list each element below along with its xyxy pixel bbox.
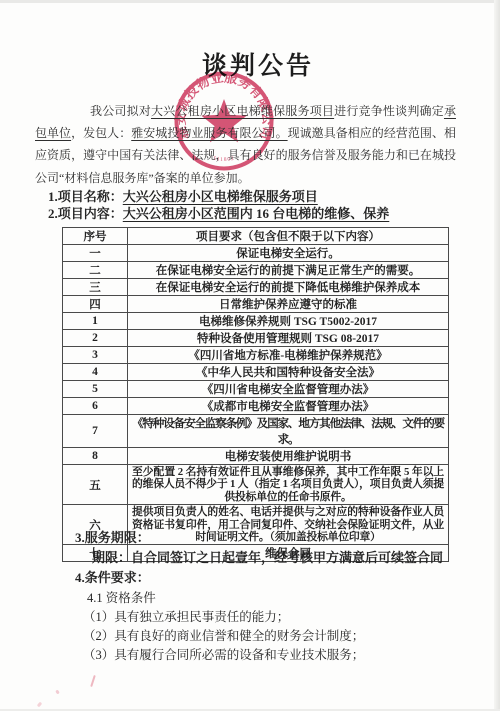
row-req: 提供项目负责人的姓名、电话并提供与之对应的特种设备作业人员资格证书复印件，用工合… bbox=[128, 505, 449, 545]
row-no: 5 bbox=[63, 381, 128, 398]
header-seq: 序号 bbox=[63, 228, 128, 245]
table-row: 5《四川省电梯安全监督管理办法》 bbox=[63, 381, 449, 398]
intro-paragraph: 我公司拟对大兴公租房小区电梯维保服务项目进行竞争性谈判确定承包单位，发包人：雅安… bbox=[35, 100, 456, 189]
service-period-heading: 3.服务期限： bbox=[75, 527, 150, 546]
table-row: 2特种设备使用管理规则 TSG 08-2017 bbox=[63, 330, 449, 347]
intro-mid: 进行竞争性谈判确定 bbox=[334, 104, 444, 118]
table-row: 7《特种设备安全监察条例》及国家、地方其他法律、法规、文件的要求。 bbox=[63, 415, 449, 448]
row-no: 6 bbox=[63, 398, 128, 415]
row-req: 在保证电梯安全运行的前提下满足正常生产的需要。 bbox=[128, 262, 449, 279]
row-req: 保证电梯安全运行。 bbox=[128, 245, 449, 262]
table-row: 二在保证电梯安全运行的前提下满足正常生产的需要。 bbox=[63, 262, 449, 279]
project-content-value: 大兴公租房小区范围内 16 台电梯的维修、保养 bbox=[123, 206, 390, 221]
table-row: 6《成都市电梯安全监督管理办法》 bbox=[63, 398, 449, 415]
project-name-label: 1.项目名称： bbox=[48, 189, 123, 204]
row-no: 五 bbox=[63, 465, 128, 505]
requirements-table: 序号 项目要求（包含但不限于以下内容） 一保证电梯安全运行。 二在保证电梯安全运… bbox=[62, 227, 449, 562]
row-no: 一 bbox=[63, 245, 128, 262]
condition-item-3: （3）具有履行合同所必需的设备和专业技术服务； bbox=[83, 645, 364, 663]
conditions-heading: 4.条件要求： bbox=[75, 567, 150, 586]
stray-ink-mark bbox=[37, 702, 43, 708]
row-req: 至少配置 2 名持有效证件且从事维修保养，其中工作年限 5 年以上的维保人员不得… bbox=[128, 465, 449, 505]
row-req: 特种设备使用管理规则 TSG 08-2017 bbox=[128, 330, 449, 347]
header-requirement: 项目要求（包含但不限于以下内容） bbox=[128, 228, 449, 245]
row-no: 二 bbox=[63, 262, 128, 279]
stray-ink-mark bbox=[90, 675, 96, 687]
table-row: 3《四川省地方标准-电梯维护保养规范》 bbox=[63, 347, 449, 364]
intro-lead: 我公司拟对 bbox=[90, 104, 151, 118]
project-content-line: 2.项目内容：大兴公租房小区范围内 16 台电梯的维修、保养 bbox=[48, 203, 468, 222]
row-no: 2 bbox=[63, 330, 128, 347]
project-content-label: 2.项目内容： bbox=[48, 206, 123, 221]
condition-item-1: （1）具有独立承担民事责任的能力； bbox=[83, 607, 289, 625]
row-no: 三 bbox=[63, 279, 128, 296]
table-row: 1电梯维修保养规则 TSG T5002-2017 bbox=[63, 313, 449, 330]
row-req: 《成都市电梯安全监督管理办法》 bbox=[128, 398, 449, 415]
project-name-value: 大兴公租房小区电梯维保服务项目 bbox=[123, 189, 318, 204]
page-title: 谈判公告 bbox=[8, 46, 500, 82]
row-req: 《四川省电梯安全监督管理办法》 bbox=[128, 381, 449, 398]
table-row: 8电梯安装使用维护说明书 bbox=[63, 448, 449, 465]
qualification-subheading: 4.1 资格条件 bbox=[87, 588, 156, 606]
table-row: 一保证电梯安全运行。 bbox=[63, 245, 449, 262]
table-row: 4《中华人民共和国特种设备安全法》 bbox=[63, 364, 449, 381]
row-req: 电梯安装使用维护说明书 bbox=[128, 448, 449, 465]
scan-edge-top bbox=[0, 0, 500, 3]
service-period-term: 期限：自合同签订之日起壹年，经考核甲方满意后可续签合同 bbox=[92, 547, 443, 566]
row-no: 4 bbox=[63, 364, 128, 381]
row-req: 在保证电梯安全运行的前提下降低电梯维护保养成本 bbox=[128, 279, 449, 296]
row-req: 《特种设备安全监察条例》及国家、地方其他法律、法规、文件的要求。 bbox=[128, 415, 449, 448]
issuer-underlined: 雅安城投物业服务有限公司。 bbox=[131, 126, 287, 140]
table-row: 五至少配置 2 名持有效证件且从事维修保养，其中工作年限 5 年以上的维保人员不… bbox=[63, 465, 449, 505]
row-no: 7 bbox=[63, 415, 128, 448]
table-header-row: 序号 项目要求（包含但不限于以下内容） bbox=[63, 228, 449, 245]
row-req: 电梯维修保养规则 TSG T5002-2017 bbox=[128, 313, 449, 330]
project-title-underlined: 大兴公租房小区电梯维保服务项目 bbox=[151, 104, 334, 118]
row-req: 《中华人民共和国特种设备安全法》 bbox=[128, 364, 449, 381]
table-row: 三在保证电梯安全运行的前提下降低电梯维护保养成本 bbox=[63, 279, 449, 296]
row-no: 1 bbox=[63, 313, 128, 330]
condition-item-2: （2）具有良好的商业信誉和健全的财务会计制度； bbox=[83, 626, 364, 644]
row-no: 四 bbox=[63, 296, 128, 313]
row-no: 8 bbox=[63, 448, 128, 465]
row-req: 《四川省地方标准-电梯维护保养规范》 bbox=[128, 347, 449, 364]
stray-ink-mark bbox=[55, 690, 60, 695]
row-no: 3 bbox=[63, 347, 128, 364]
scan-edge-right bbox=[494, 0, 500, 711]
row-req: 日常维护保养应遵守的标准 bbox=[128, 296, 449, 313]
intro-sep: ，发包人： bbox=[71, 126, 131, 140]
announcement-page: 谈判公告 雅安城投物业服务有限公司 511802 我公司拟对大兴公租房小区电梯维… bbox=[0, 0, 500, 711]
table-row: 四日常维护保养应遵守的标准 bbox=[63, 296, 449, 313]
